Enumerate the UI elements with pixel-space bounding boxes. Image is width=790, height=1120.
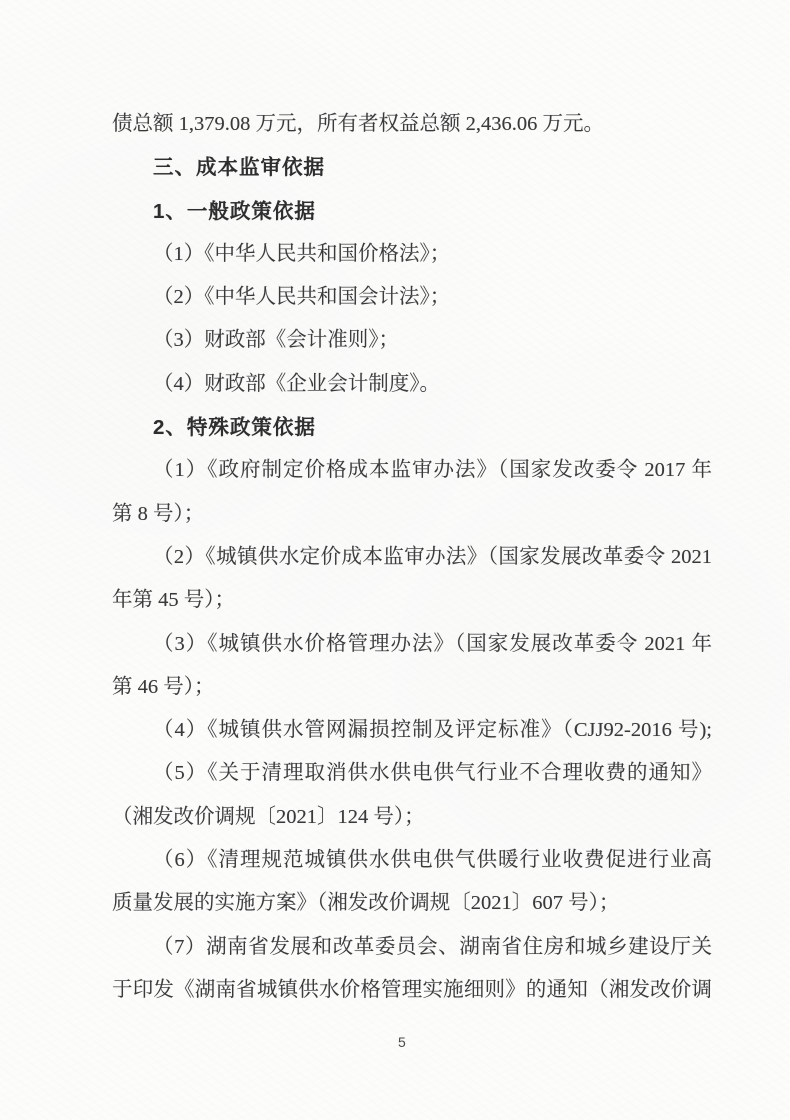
text-line: （2）《中华人民共和国会计法》；	[112, 276, 712, 319]
text-line: 年第 45 号）；	[112, 579, 712, 622]
text-line: （4）《城镇供水管网漏损控制及评定标准》（CJJ92-2016 号);	[112, 709, 712, 752]
text-line: 第 46 号）；	[112, 666, 712, 709]
text-line: （6）《清理规范城镇供水供电供气供暖行业收费促进行业高	[112, 839, 712, 882]
text-line: （2）《城镇供水定价成本监审办法》（国家发展改革委令 2021	[112, 536, 712, 579]
document-page: 债总额 1,379.08 万元，所有者权益总额 2,436.06 万元。三、成本…	[0, 0, 790, 1120]
text-line: 第 8 号）；	[112, 493, 712, 536]
document-body: 债总额 1,379.08 万元，所有者权益总额 2,436.06 万元。三、成本…	[112, 103, 712, 1012]
text-line: （3）《城镇供水价格管理办法》（国家发展改革委令 2021 年	[112, 623, 712, 666]
text-line: （1）《政府制定价格成本监审办法》（国家发改委令 2017 年	[112, 449, 712, 492]
text-line: （5）《关于清理取消供水供电供气行业不合理收费的通知》	[112, 752, 712, 795]
heading-line: 2、特殊政策依据	[112, 406, 712, 449]
text-line: 于印发《湖南省城镇供水价格管理实施细则》的通知（湘发改价调	[112, 969, 712, 1012]
text-line: （1）《中华人民共和国价格法》；	[112, 233, 712, 276]
heading-line: 1、一般政策依据	[112, 190, 712, 233]
text-line: （4）财政部《企业会计制度》。	[112, 363, 712, 406]
text-line: 质量发展的实施方案》（湘发改价调规〔2021〕607 号）；	[112, 882, 712, 925]
text-line: （7）湖南省发展和改革委员会、湖南省住房和城乡建设厅关	[112, 926, 712, 969]
page-number: 5	[398, 1034, 406, 1050]
text-line: （3）财政部《会计准则》；	[112, 319, 712, 362]
text-line: 债总额 1,379.08 万元，所有者权益总额 2,436.06 万元。	[112, 103, 712, 146]
text-line: （湘发改价调规〔2021〕124 号）；	[112, 796, 712, 839]
heading-line: 三、成本监审依据	[112, 146, 712, 189]
